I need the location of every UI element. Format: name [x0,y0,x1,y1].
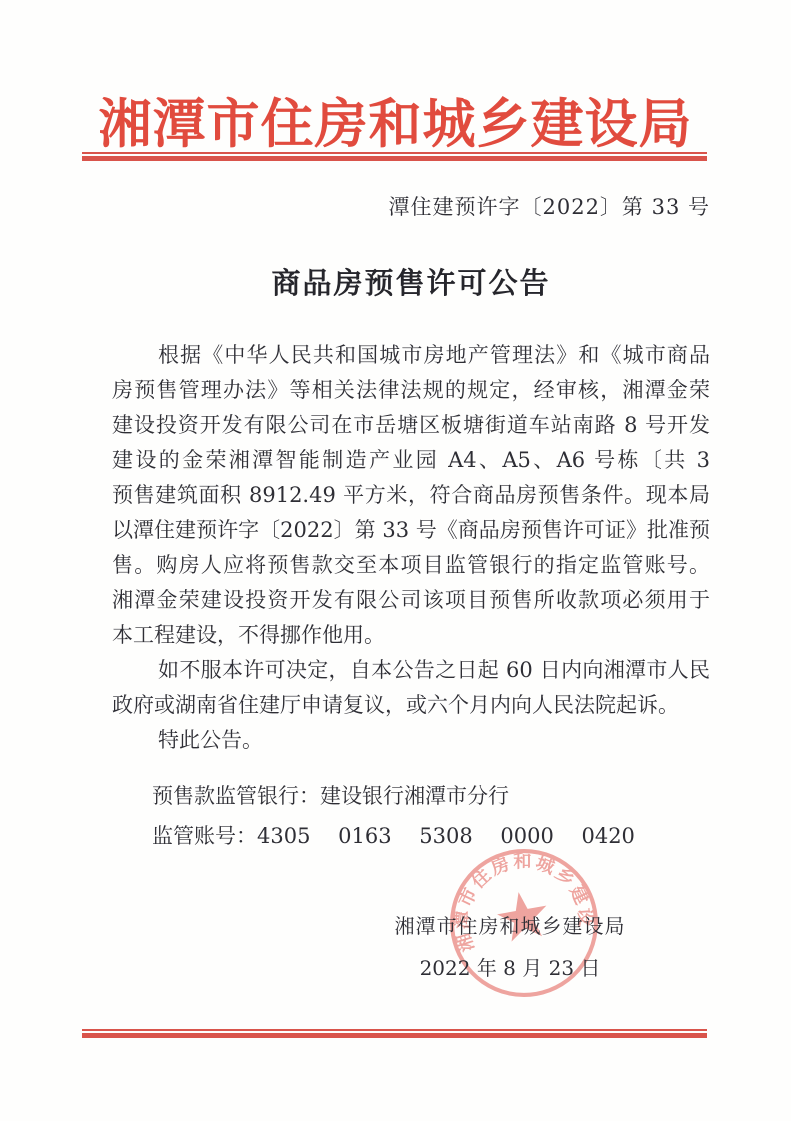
paragraph1-line: 售。购房人应将预售款交至本项目监管银行的指定监管账号。 [112,548,710,583]
letterhead-org-name: 湘潭市住房和城乡建设局 [82,82,709,158]
paragraph1-line: 以潭住建预许字〔2022〕第 33 号《商品房预售许可证》批准预 [112,513,710,548]
supervision-bank-line: 预售款监管银行：建设银行湘潭市分行 [112,776,710,816]
paragraph2-line: 如不服本许可决定，自本公告之日起 60 日内向湘潭市人民 [112,653,710,688]
header-divider [82,152,707,161]
document-page: 湘潭市住房和城乡建设局 潭住建预许字〔2022〕第 33 号 商品房预售许可公告… [0,0,791,1121]
paragraph1-line: 预售建筑面积 8912.49 平方米，符合商品房预售条件。现本局 [112,478,710,513]
signature-block: 湘潭市住房和城乡建设局 2022 年 8 月 23 日 [368,910,652,981]
paragraph1-line: 建设的金荣湘潭智能制造产业园 A4、A5、A6 号栋〔共 3 栋〕， [112,443,710,478]
footer-divider-thick-line [82,1033,707,1038]
supervision-bank-info: 预售款监管银行：建设银行湘潭市分行 监管账号：4305 0163 5308 00… [112,776,710,856]
paragraph2-line: 政府或湖南省住建厅申请复议，或六个月内向人民法院起诉。 [112,688,710,723]
signature-date: 2022 年 8 月 23 日 [368,952,652,981]
page-title: 商品房预售许可公告 [112,261,710,302]
paragraph1-line: 本工程建设，不得挪作他用。 [112,618,710,653]
header-divider-thick-line [82,156,707,161]
paragraph1-line: 建设投资开发有限公司在市岳塘区板塘街道车站南路 8 号开发 [112,408,710,443]
signature-org-name: 湘潭市住房和城乡建设局 [368,910,652,939]
footer-divider [82,1029,707,1038]
paragraph1-line: 房预售管理办法》等相关法律法规的规定，经审核，湘潭金荣 [112,373,710,408]
closing-line: 特此公告。 [112,723,710,758]
body-text: 根据《中华人民共和国城市房地产管理法》和《城市商品 房预售管理办法》等相关法律法… [112,338,710,758]
document-number: 潭住建预许字〔2022〕第 33 号 [388,191,710,221]
supervision-account-line: 监管账号：4305 0163 5308 0000 0420 [112,816,710,856]
paragraph1-line: 根据《中华人民共和国城市房地产管理法》和《城市商品 [112,338,710,373]
paragraph1-line: 湘潭金荣建设投资开发有限公司该项目预售所收款项必须用于 [112,583,710,618]
